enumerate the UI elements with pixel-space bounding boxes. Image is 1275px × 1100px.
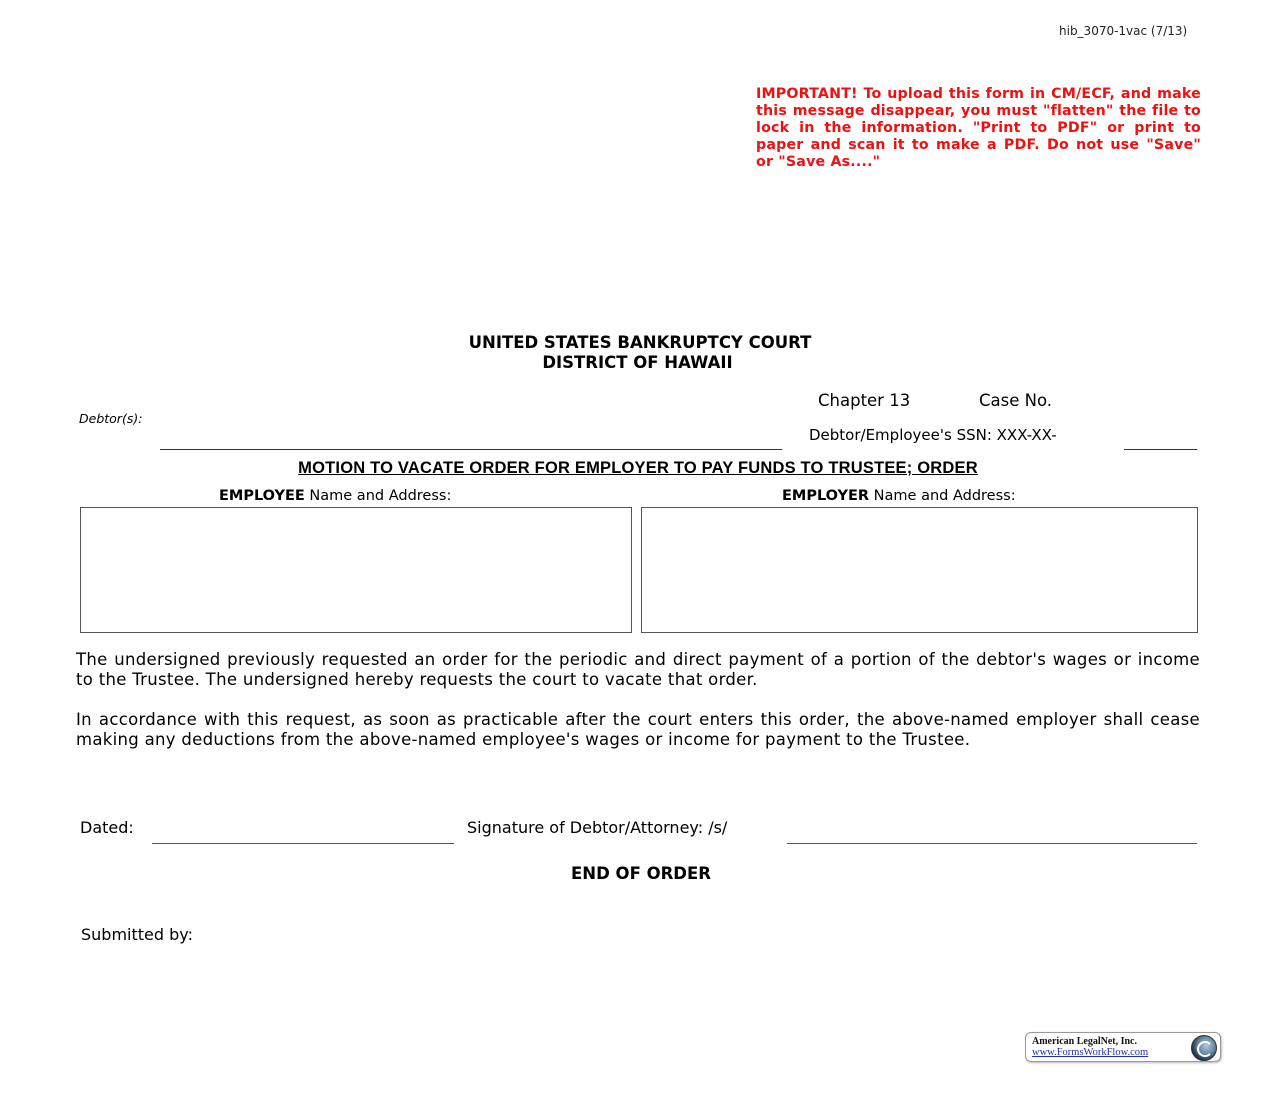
document-title: MOTION TO VACATE ORDER FOR EMPLOYER TO P… [0,459,1275,478]
case-no-label: Case No. [979,391,1052,410]
american-legalnet-badge[interactable]: American LegalNet, Inc. www.FormsWorkFlo… [1025,1032,1221,1062]
employee-name-address-field[interactable] [80,507,632,633]
submitted-by-label: Submitted by: [81,925,193,944]
globe-logo-icon [1191,1035,1217,1061]
ssn-label: Debtor/Employee's SSN: XXX-XX- [809,426,1057,444]
employee-label-rest: Name and Address: [305,488,452,504]
signature-label: Signature of Debtor/Attorney: /s/ [467,818,727,837]
paragraph-request: The undersigned previously requested an … [76,650,1200,690]
employer-label-bold: EMPLOYER [782,488,869,504]
badge-company: American LegalNet, Inc. [1032,1036,1137,1047]
ssn-field[interactable] [1124,449,1197,450]
important-notice: IMPORTANT! To upload this form in CM/ECF… [756,86,1201,171]
employee-label: EMPLOYEE Name and Address: [219,488,451,504]
paragraph-order: In accordance with this request, as soon… [76,710,1200,750]
employer-label-rest: Name and Address: [869,488,1016,504]
debtor-label: Debtor(s): [79,411,142,426]
end-of-order: END OF ORDER [0,864,1275,883]
court-name: UNITED STATES BANKRUPTCY COURT [0,333,1275,352]
form-id: hib_3070-1vac (7/13) [1059,24,1187,38]
court-district: DISTRICT OF HAWAII [0,353,1275,372]
badge-url-link[interactable]: www.FormsWorkFlow.com [1032,1047,1148,1058]
debtor-field[interactable] [160,449,782,450]
employer-name-address-field[interactable] [641,507,1198,633]
signature-field[interactable] [787,843,1197,844]
dated-field[interactable] [152,843,454,844]
chapter-label: Chapter 13 [818,391,910,410]
employer-label: EMPLOYER Name and Address: [782,488,1016,504]
employee-label-bold: EMPLOYEE [219,488,305,504]
dated-label: Dated: [80,818,134,837]
